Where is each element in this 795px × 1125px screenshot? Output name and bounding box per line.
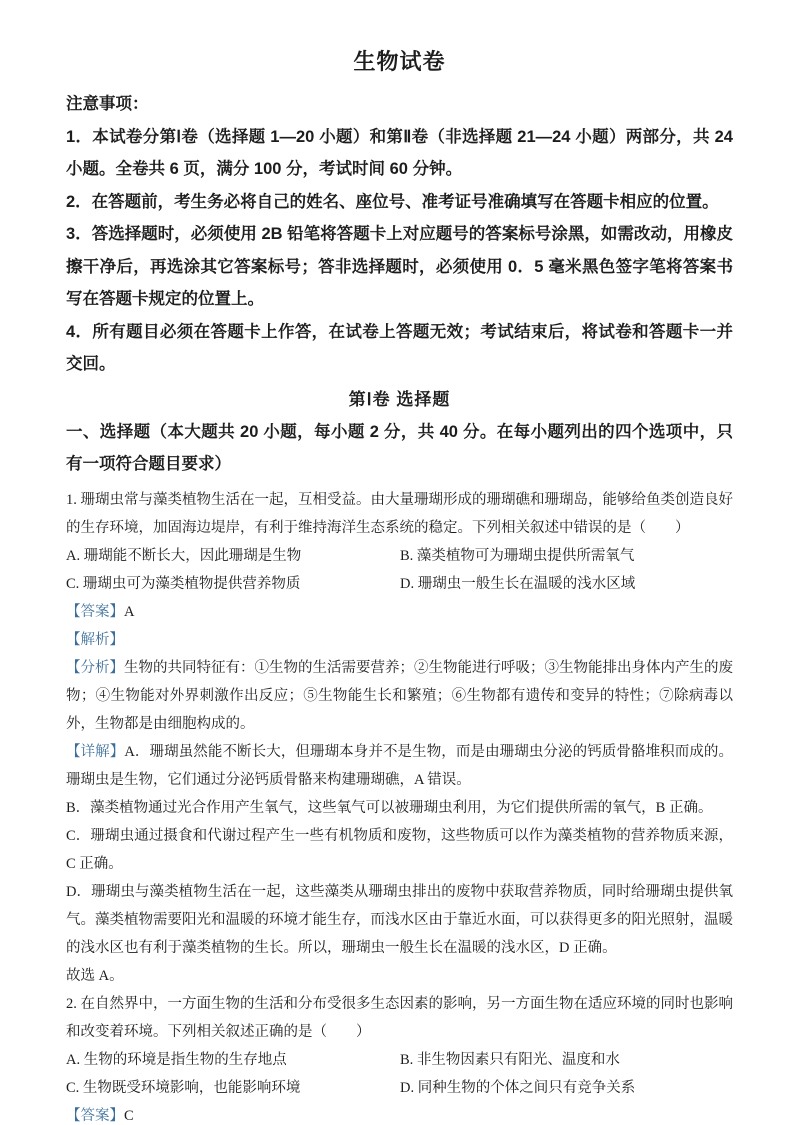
- xiangjie-label: 【详解】: [66, 744, 124, 760]
- answer-label: 【答案】: [66, 1108, 124, 1124]
- section-instruction: 一、选择题（本大题共 20 小题，每小题 2 分，共 40 分。在每小题列出的四…: [66, 416, 733, 481]
- answer-label: 【答案】: [66, 604, 124, 620]
- question-1-stem: 1. 珊瑚虫常与藻类植物生活在一起，互相受益。由大量珊瑚形成的珊瑚礁和珊瑚岛，能…: [66, 486, 733, 542]
- question-1-fenxi: 【分析】生物的共同特征有：①生物的生活需要营养；②生物能进行呼吸；③生物能排出身…: [66, 654, 733, 738]
- question-2-option-a: A. 生物的环境是指生物的生存地点: [66, 1046, 400, 1074]
- notice-item-1: 1．本试卷分第Ⅰ卷（选择题 1—20 小题）和第Ⅱ卷（非选择题 21—24 小题…: [66, 121, 733, 186]
- question-2-option-d: D. 同种生物的个体之间只有竞争关系: [400, 1074, 733, 1102]
- question-2-stem: 2. 在自然界中，一方面生物的生活和分布受很多生态因素的影响，另一方面生物在适应…: [66, 990, 733, 1046]
- notice-heading: 注意事项：: [66, 88, 733, 121]
- question-2-answer-line: 【答案】C: [66, 1102, 733, 1125]
- question-2-options: A. 生物的环境是指生物的生存地点 B. 非生物因素只有阳光、温度和水 C. 生…: [66, 1046, 733, 1102]
- question-list: 1. 珊瑚虫常与藻类植物生活在一起，互相受益。由大量珊瑚形成的珊瑚礁和珊瑚岛，能…: [66, 486, 733, 1125]
- question-2-option-c: C. 生物既受环境影响，也能影响环境: [66, 1074, 400, 1102]
- notice-item-4: 4．所有题目必须在答题卡上作答，在试卷上答题无效；考试结束后，将试卷和答题卡一并…: [66, 316, 733, 381]
- question-1-options: A. 珊瑚能不断长大，因此珊瑚是生物 B. 藻类植物可为珊瑚虫提供所需氧气 C.…: [66, 542, 733, 598]
- exam-paper-page: 生物试卷 注意事项： 1．本试卷分第Ⅰ卷（选择题 1—20 小题）和第Ⅱ卷（非选…: [0, 0, 795, 1125]
- answer-value: C: [124, 1108, 134, 1124]
- question-1-xiangjie-d: D．珊瑚虫与藻类植物生活在一起，这些藻类从珊瑚虫排出的废物中获取营养物质，同时给…: [66, 878, 733, 962]
- question-1: 1. 珊瑚虫常与藻类植物生活在一起，互相受益。由大量珊瑚形成的珊瑚礁和珊瑚岛，能…: [66, 486, 733, 990]
- question-1-option-b: B. 藻类植物可为珊瑚虫提供所需氧气: [400, 542, 733, 570]
- question-2-option-b: B. 非生物因素只有阳光、温度和水: [400, 1046, 733, 1074]
- question-1-option-a: A. 珊瑚能不断长大，因此珊瑚是生物: [66, 542, 400, 570]
- question-2: 2. 在自然界中，一方面生物的生活和分布受很多生态因素的影响，另一方面生物在适应…: [66, 990, 733, 1125]
- page-title: 生物试卷: [66, 46, 733, 78]
- page-content: 生物试卷 注意事项： 1．本试卷分第Ⅰ卷（选择题 1—20 小题）和第Ⅱ卷（非选…: [0, 0, 795, 1125]
- question-1-conclusion: 故选 A。: [66, 962, 733, 990]
- question-1-xiangjie-a: 【详解】A．珊瑚虽然能不断长大，但珊瑚本身并不是生物，而是由珊瑚虫分泌的钙质骨骼…: [66, 738, 733, 794]
- notice-section: 注意事项： 1．本试卷分第Ⅰ卷（选择题 1—20 小题）和第Ⅱ卷（非选择题 21…: [66, 88, 733, 381]
- question-1-analysis-line: 【解析】: [66, 626, 733, 654]
- question-1-xiangjie-b: B．藻类植物通过光合作用产生氧气，这些氧气可以被珊瑚虫利用，为它们提供所需的氧气…: [66, 794, 733, 822]
- analysis-label: 【解析】: [66, 632, 124, 648]
- notice-item-2: 2．在答题前，考生务必将自己的姓名、座位号、准考证号准确填写在答题卡相应的位置。: [66, 186, 733, 219]
- question-1-xiangjie-c: C．珊瑚虫通过摄食和代谢过程产生一些有机物质和废物，这些物质可以作为藻类植物的营…: [66, 822, 733, 878]
- fenxi-label: 【分析】: [66, 660, 124, 676]
- answer-value: A: [124, 604, 134, 620]
- fenxi-text: 生物的共同特征有：①生物的生活需要营养；②生物能进行呼吸；③生物能排出身体内产生…: [66, 660, 733, 732]
- question-1-option-c: C. 珊瑚虫可为藻类植物提供营养物质: [66, 570, 400, 598]
- xiangjie-a-text: A．珊瑚虽然能不断长大，但珊瑚本身并不是生物，而是由珊瑚虫分泌的钙质骨骼堆积而成…: [66, 744, 733, 788]
- section-heading: 第Ⅰ卷 选择题: [66, 383, 733, 416]
- notice-item-3: 3．答选择题时，必须使用 2B 铅笔将答题卡上对应题号的答案标号涂黑，如需改动，…: [66, 218, 733, 316]
- question-1-option-d: D. 珊瑚虫一般生长在温暖的浅水区域: [400, 570, 733, 598]
- question-1-answer-line: 【答案】A: [66, 598, 733, 626]
